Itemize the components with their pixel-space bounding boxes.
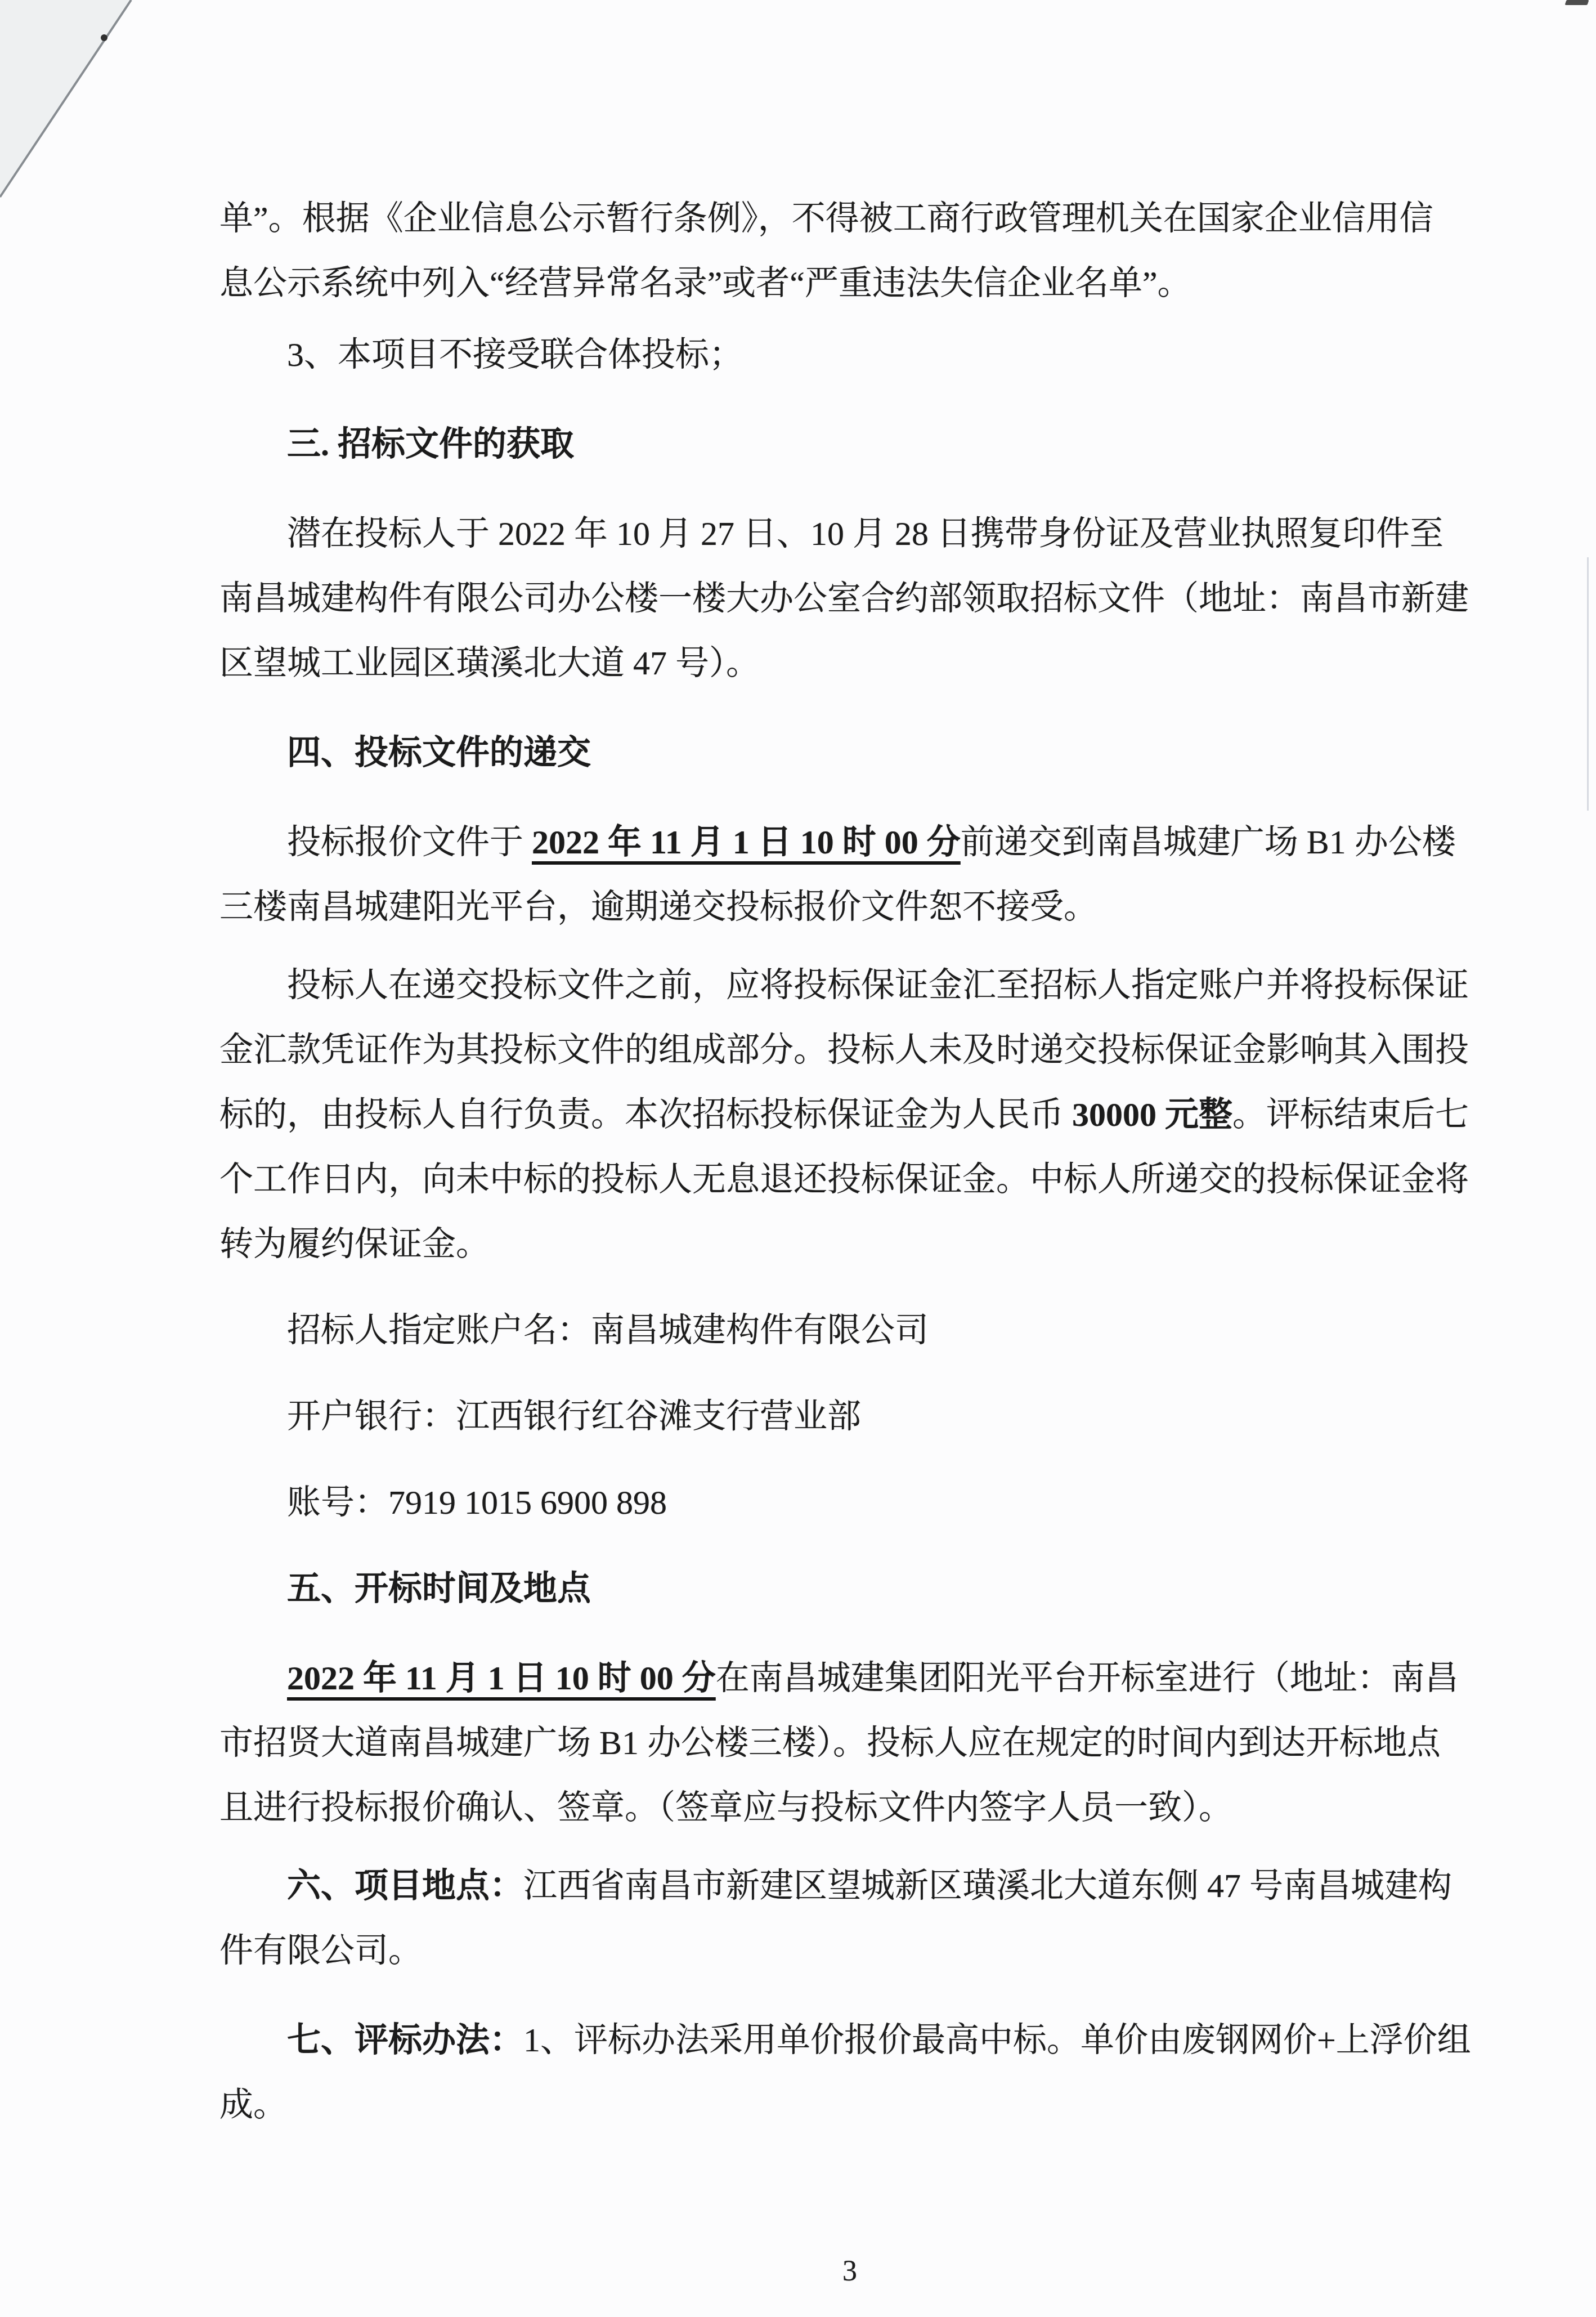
paragraph: 投标人在递交投标文件之前，应将投标保证金汇至招标人指定账户并将投标保证金汇款凭证… <box>219 953 1480 1277</box>
text-run: 南昌城建构件有限公司办公楼一楼大办公室合约部领取招标文件（地址：南昌市新建 <box>219 580 1469 617</box>
document-page: 单”。根据《企业信息公示暂行条例》，不得被工商行政管理机关在国家企业信用信息公示… <box>0 0 1596 2317</box>
text-line: 投标报价文件于 2022 年 11 月 1 日 10 时 00 分前递交到南昌城… <box>219 810 1480 875</box>
text-run: 标的，由投标人自行负责。本次招标投标保证金为人民币 <box>219 1096 1072 1133</box>
text-run: 金汇款凭证作为其投标文件的组成部分。投标人未及时递交投标保证金影响其入围投 <box>219 1031 1469 1068</box>
text-run: 且进行投标报价确认、签章。（签章应与投标文件内签字人员一致）。 <box>219 1789 1232 1826</box>
text-line: 账号：7919 1015 6900 898 <box>219 1470 1480 1535</box>
text-run: 三楼南昌城建阳光平台，逾期递交投标报价文件恕不接受。 <box>219 888 1097 925</box>
text-line: 金汇款凭证作为其投标文件的组成部分。投标人未及时递交投标保证金影响其入围投 <box>219 1018 1480 1083</box>
text-line: 标的，由投标人自行负责。本次招标投标保证金为人民币 30000 元整。评标结束后… <box>219 1083 1480 1147</box>
text-line: 市招贤大道南昌城建广场 B1 办公楼三楼）。投标人应在规定的时间内到达开标地点 <box>219 1711 1480 1775</box>
paragraph: 3、本项目不接受联合体投标； <box>219 323 1480 387</box>
text-line: 息公示系统中列入“经营异常名录”或者“严重违法失信企业名单”。 <box>219 251 1480 316</box>
text-line: 区望城工业园区璜溪北大道 47 号）。 <box>219 631 1480 696</box>
page-number: 3 <box>219 2239 1480 2303</box>
paragraph: 单”。根据《企业信息公示暂行条例》，不得被工商行政管理机关在国家企业信用信息公示… <box>219 186 1480 316</box>
page-number-text: 3 <box>219 2239 1480 2303</box>
paragraph: 开户银行：江西银行红谷滩支行营业部 <box>219 1384 1480 1449</box>
text-run: 账号：7919 1015 6900 898 <box>287 1484 667 1521</box>
text-run: 3、本项目不接受联合体投标； <box>287 336 743 373</box>
text-run: 2022 年 11 月 1 日 10 时 00 分 <box>287 1660 716 1697</box>
scan-smudge-artifact <box>1565 0 1589 5</box>
text-line: 3、本项目不接受联合体投标； <box>219 323 1480 387</box>
text-run: 1、评标办法采用单价报价最高中标。单价由废钢网价+上浮价组 <box>523 2021 1471 2059</box>
section-heading: 五、开标时间及地点 <box>219 1556 1480 1621</box>
scan-edge-line-artifact <box>1587 557 1589 811</box>
text-line: 三楼南昌城建阳光平台，逾期递交投标报价文件恕不接受。 <box>219 875 1480 940</box>
paragraph: 2022 年 11 月 1 日 10 时 00 分在南昌城建集团阳光平台开标室进… <box>219 1646 1480 1840</box>
text-run: 转为履约保证金。 <box>219 1225 490 1263</box>
text-run: 七、评标办法： <box>287 2021 523 2059</box>
paragraph: 招标人指定账户名：南昌城建构件有限公司 <box>219 1298 1480 1363</box>
text-run: 区望城工业园区璜溪北大道 47 号）。 <box>219 645 760 682</box>
text-run: 招标人指定账户名：南昌城建构件有限公司 <box>287 1312 929 1349</box>
text-run: 件有限公司。 <box>219 1932 422 1969</box>
text-line: 件有限公司。 <box>219 1918 1480 1983</box>
text-line: 且进行投标报价确认、签章。（签章应与投标文件内签字人员一致）。 <box>219 1775 1480 1840</box>
text-line: 个工作日内，向未中标的投标人无息退还投标保证金。中标人所递交的投标保证金将 <box>219 1147 1480 1212</box>
text-run: 开户银行：江西银行红谷滩支行营业部 <box>287 1398 861 1435</box>
text-run: 三. 招标文件的获取 <box>287 426 574 463</box>
text-run: 潜在投标人于 2022 年 10 月 27 日、10 月 28 日携带身份证及营… <box>287 515 1443 552</box>
text-line: 潜在投标人于 2022 年 10 月 27 日、10 月 28 日携带身份证及营… <box>219 502 1480 566</box>
text-line: 五、开标时间及地点 <box>219 1556 1480 1621</box>
section-heading: 三. 招标文件的获取 <box>219 412 1480 477</box>
paragraph: 七、评标办法：1、评标办法采用单价报价最高中标。单价由废钢网价+上浮价组成。 <box>219 2008 1480 2137</box>
paragraph: 六、项目地点：江西省南昌市新建区望城新区璜溪北大道东侧 47 号南昌城建构件有限… <box>219 1854 1480 1983</box>
text-run: 四、投标文件的递交 <box>287 734 591 771</box>
text-line: 2022 年 11 月 1 日 10 时 00 分在南昌城建集团阳光平台开标室进… <box>219 1646 1480 1711</box>
text-line: 转为履约保证金。 <box>219 1212 1480 1277</box>
text-run: 六、项目地点： <box>287 1867 523 1904</box>
text-run: 单”。根据《企业信息公示暂行条例》，不得被工商行政管理机关在国家企业信用信 <box>219 200 1433 237</box>
paragraph: 账号：7919 1015 6900 898 <box>219 1470 1480 1535</box>
text-run: 息公示系统中列入“经营异常名录”或者“严重违法失信企业名单”。 <box>219 265 1191 302</box>
text-line: 南昌城建构件有限公司办公楼一楼大办公室合约部领取招标文件（地址：南昌市新建 <box>219 566 1480 631</box>
text-line: 三. 招标文件的获取 <box>219 412 1480 477</box>
text-line: 开户银行：江西银行红谷滩支行营业部 <box>219 1384 1480 1449</box>
document-body: 单”。根据《企业信息公示暂行条例》，不得被工商行政管理机关在国家企业信用信息公示… <box>219 186 1480 2303</box>
text-line: 单”。根据《企业信息公示暂行条例》，不得被工商行政管理机关在国家企业信用信 <box>219 186 1480 251</box>
paragraph: 投标报价文件于 2022 年 11 月 1 日 10 时 00 分前递交到南昌城… <box>219 810 1480 940</box>
text-run: 成。 <box>219 2086 287 2123</box>
text-run: 2022 年 11 月 1 日 10 时 00 分 <box>532 824 961 861</box>
section-heading: 四、投标文件的递交 <box>219 721 1480 785</box>
text-run: 30000 元整 <box>1072 1096 1232 1133</box>
text-line: 六、项目地点：江西省南昌市新建区望城新区璜溪北大道东侧 47 号南昌城建构 <box>219 1854 1480 1918</box>
text-run: 投标报价文件于 <box>287 824 532 861</box>
text-line: 投标人在递交投标文件之前，应将投标保证金汇至招标人指定账户并将投标保证 <box>219 953 1480 1018</box>
text-run: 。评标结束后七 <box>1232 1096 1469 1133</box>
text-run: 在南昌城建集团阳光平台开标室进行（地址：南昌 <box>716 1660 1459 1697</box>
text-line: 七、评标办法：1、评标办法采用单价报价最高中标。单价由废钢网价+上浮价组 <box>219 2008 1480 2073</box>
text-line: 四、投标文件的递交 <box>219 721 1480 785</box>
text-run: 江西省南昌市新建区望城新区璜溪北大道东侧 47 号南昌城建构 <box>523 1867 1452 1904</box>
text-line: 成。 <box>219 2073 1480 2137</box>
text-run: 前递交到南昌城建广场 B1 办公楼 <box>961 824 1456 861</box>
text-run: 投标人在递交投标文件之前，应将投标保证金汇至招标人指定账户并将投标保证 <box>287 967 1469 1004</box>
text-line: 招标人指定账户名：南昌城建构件有限公司 <box>219 1298 1480 1363</box>
page-fold-artifact <box>0 0 191 236</box>
paragraph: 潜在投标人于 2022 年 10 月 27 日、10 月 28 日携带身份证及营… <box>219 502 1480 696</box>
text-run: 五、开标时间及地点 <box>287 1570 591 1607</box>
text-run: 个工作日内，向未中标的投标人无息退还投标保证金。中标人所递交的投标保证金将 <box>219 1161 1469 1198</box>
text-run: 市招贤大道南昌城建广场 B1 办公楼三楼）。投标人应在规定的时间内到达开标地点 <box>219 1724 1441 1761</box>
